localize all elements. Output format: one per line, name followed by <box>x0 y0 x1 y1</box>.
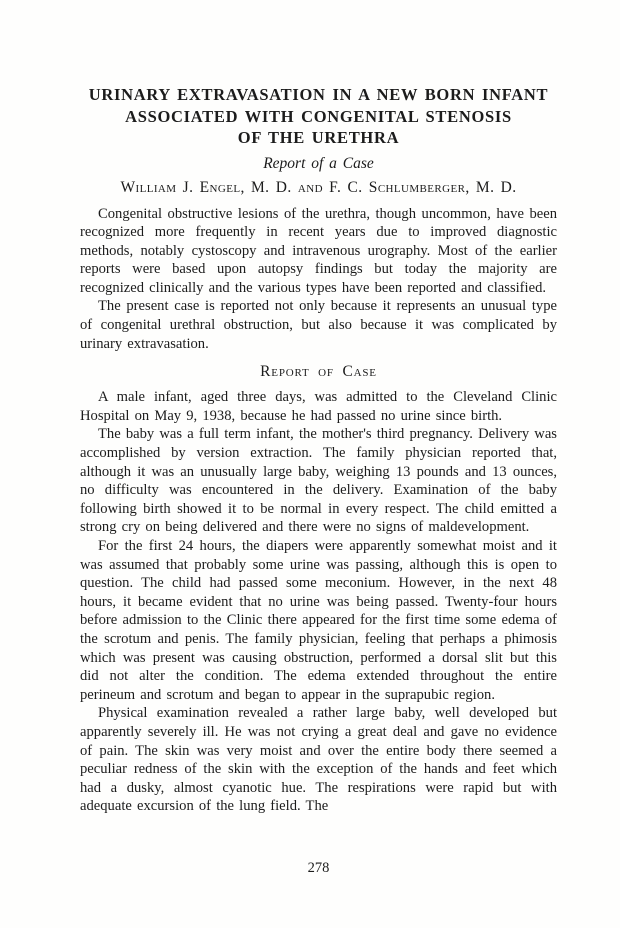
title-line-1: URINARY EXTRAVASATION IN A NEW BORN INFA… <box>89 85 549 104</box>
case-paragraph-1: A male infant, aged three days, was admi… <box>80 388 557 425</box>
journal-page: URINARY EXTRAVASATION IN A NEW BORN INFA… <box>0 0 620 928</box>
title-line-2: ASSOCIATED WITH CONGENITAL STENOSIS <box>125 107 512 126</box>
title-line-3: OF THE URETHRA <box>238 128 399 147</box>
page-number: 278 <box>80 860 557 877</box>
author-byline: William J. Engel, M. D. and F. C. Schlum… <box>80 177 557 198</box>
intro-paragraph-1: Congenital obstructive lesions of the ur… <box>80 205 557 298</box>
content-column: URINARY EXTRAVASATION IN A NEW BORN INFA… <box>80 84 557 816</box>
case-paragraph-4: Physical examination revealed a rather l… <box>80 704 557 816</box>
section-heading-report-of-case: Report of Case <box>80 362 557 381</box>
case-paragraph-3: For the first 24 hours, the diapers were… <box>80 537 557 704</box>
article-subtitle: Report of a Case <box>80 153 557 174</box>
intro-paragraph-2: The present case is reported not only be… <box>80 297 557 353</box>
article-title: URINARY EXTRAVASATION IN A NEW BORN INFA… <box>80 84 557 149</box>
case-paragraph-2: The baby was a full term infant, the mot… <box>80 425 557 537</box>
